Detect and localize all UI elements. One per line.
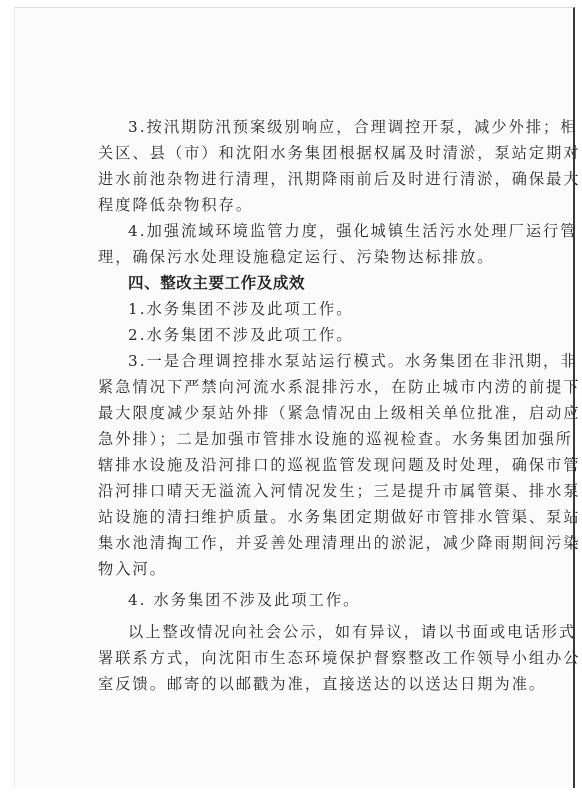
section-item-3-line-4: 急外排）；二是加强市管排水设施的巡视检查。水务集团加强所: [98, 429, 528, 449]
section-heading: 四、整改主要工作及成效: [128, 273, 558, 293]
section-item-3-line-6: 沿河排口晴天无溢流入河情况发生；三是提升市属管渠、排水泵: [98, 481, 528, 501]
paragraph-supervision-line-2: 理，确保污水处理设施稳定运行、污染物达标排放。: [98, 247, 528, 267]
section-item-3-line-1: 3.一是合理调控排水泵站运行模式。水务集团在非汛期，非: [128, 351, 558, 371]
paragraph-flood-response-line-1: 3.按汛期防汛预案级别响应，合理调控开泵，减少外排；相: [128, 117, 558, 137]
section-item-1: 1.水务集团不涉及此项工作。: [128, 299, 558, 319]
paragraph-flood-response-line-4: 程度降低杂物积存。: [98, 195, 528, 215]
closing-line-3: 室反馈。邮寄的以邮戳为准，直接送达的以送达日期为准。: [98, 674, 528, 694]
closing-line-1: 以上整改情况向社会公示，如有异议，请以书面或电话形式: [128, 622, 558, 642]
section-item-4: 4. 水务集团不涉及此项工作。: [128, 590, 558, 610]
section-item-3-line-5: 辖排水设施及沿河排口的巡视监管发现问题及时处理，确保市管: [98, 455, 528, 475]
section-item-3-line-9: 物入河。: [98, 559, 528, 579]
closing-line-2: 署联系方式，向沈阳市生态环境保护督察整改工作领导小组办公: [98, 648, 528, 668]
paragraph-supervision-line-1: 4.加强流域环境监管力度，强化城镇生活污水处理厂运行管: [128, 221, 558, 241]
section-item-3-line-8: 集水池清掏工作，并妥善处理清理出的淤泥，减少降雨期间污染: [98, 533, 528, 553]
section-item-2: 2.水务集团不涉及此项工作。: [128, 325, 558, 345]
paragraph-flood-response-line-3: 进水前池杂物进行清理，汛期降雨前后及时进行清淤，确保最大: [98, 169, 528, 189]
section-item-3-line-7: 站设施的清扫维护质量。水务集团定期做好市管排水管渠、泵站: [98, 507, 528, 527]
section-item-3-line-2: 紧急情况下严禁向河流水系混排污水，在防止城市内涝的前提下，: [98, 377, 528, 397]
paragraph-flood-response-line-2: 关区、县（市）和沈阳水务集团根据权属及时清淤，泵站定期对: [98, 143, 528, 163]
section-item-3-line-3: 最大限度减少泵站外排（紧急情况由上级相关单位批准，启动应: [98, 403, 528, 423]
